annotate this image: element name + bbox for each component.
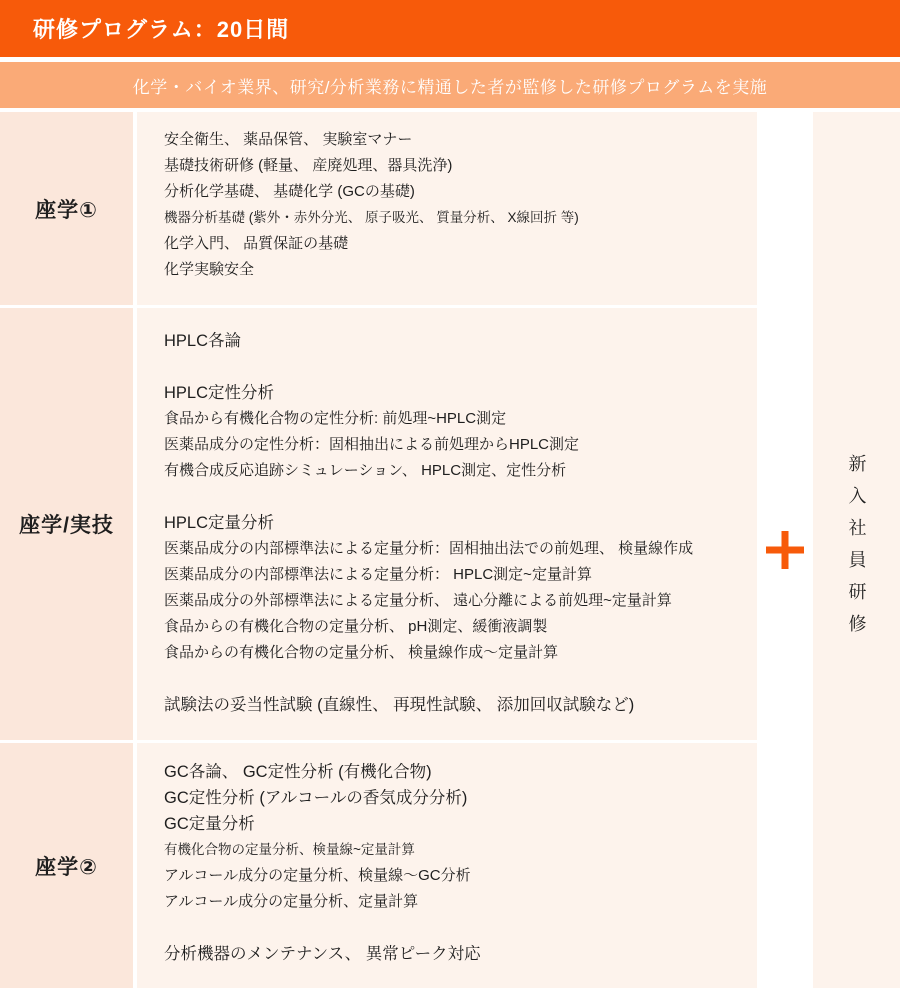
- plus-column: [757, 112, 813, 988]
- content-line: アルコール成分の定量分析、検量線〜GC分析: [164, 863, 747, 889]
- content-line: 食品から有機化合物の定性分析: 前処理~HPLC測定: [164, 406, 747, 432]
- plus-icon: [766, 531, 804, 569]
- content-line: 有機化合物の定量分析、検量線~定量計算: [164, 837, 747, 863]
- section-label-3: 座学②: [0, 743, 133, 988]
- content-line: 安全衛生、 薬品保管、 実験室マナー: [164, 127, 747, 153]
- section-label-2: 座学/実技: [0, 308, 133, 740]
- section-content-1: 安全衛生、 薬品保管、 実験室マナー基礎技術研修 (軽量、 産廃処理、器具洗浄)…: [137, 112, 757, 305]
- content-line: 分析機器のメンテナンス、 異常ピーク対応: [164, 941, 747, 967]
- section-content-3: GC各論、 GC定性分析 (有機化合物)GC定性分析 (アルコールの香気成分分析…: [137, 743, 757, 988]
- content-line: 医薬品成分の内部標準法による定量分析： HPLC測定~定量計算: [164, 562, 747, 588]
- content-line: 食品からの有機化合物の定量分析、 検量線作成〜定量計算: [164, 640, 747, 666]
- content-line: 分析化学基礎、 基礎化学 (GCの基礎): [164, 179, 747, 205]
- content-line: HPLC定量分析: [164, 510, 747, 536]
- content-line: 試験法の妥当性試験 (直線性、 再現性試験、 添加回収試験など): [164, 692, 747, 718]
- page-title: 研修プログラム：20日間: [33, 13, 289, 44]
- content-line: 医薬品成分の外部標準法による定量分析、 遠心分離による前処理~定量計算: [164, 588, 747, 614]
- content-line: GC各論、 GC定性分析 (有機化合物): [164, 759, 747, 785]
- content-line: 化学実験安全: [164, 257, 747, 283]
- content-line: [164, 666, 747, 692]
- section-labels-column: 座学①座学/実技座学②: [0, 112, 133, 988]
- content-line: HPLC各論: [164, 328, 747, 354]
- content-line: 医薬品成分の定性分析：固相抽出による前処理からHPLC測定: [164, 432, 747, 458]
- content-line: HPLC定性分析: [164, 380, 747, 406]
- page-header: 研修プログラム：20日間: [0, 0, 900, 57]
- content-line: アルコール成分の定量分析、定量計算: [164, 889, 747, 915]
- content-line: 有機合成反応追跡シミュレーション、 HPLC測定、定性分析: [164, 458, 747, 484]
- section-content-column: 安全衛生、 薬品保管、 実験室マナー基礎技術研修 (軽量、 産廃処理、器具洗浄)…: [137, 112, 757, 988]
- content-line: 医薬品成分の内部標準法による定量分析：固相抽出法での前処理、 検量線作成: [164, 536, 747, 562]
- training-program-slide: 研修プログラム：20日間 化学・バイオ業界、研究/分析業務に精通した者が監修した…: [0, 0, 900, 988]
- content-line: [164, 484, 747, 510]
- content-line: 機器分析基礎 (紫外・赤外分光、 原子吸光、 質量分析、 X線回折 等): [164, 205, 747, 231]
- side-column: 新入社員研修: [813, 112, 900, 988]
- section-content-2: HPLC各論 HPLC定性分析食品から有機化合物の定性分析: 前処理~HPLC測…: [137, 308, 757, 740]
- content-line: 化学入門、 品質保証の基礎: [164, 231, 747, 257]
- content-line: [164, 354, 747, 380]
- content-line: GC定性分析 (アルコールの香気成分分析): [164, 785, 747, 811]
- content-line: [164, 915, 747, 941]
- content-line: 食品からの有機化合物の定量分析、 pH測定、緩衝液調製: [164, 614, 747, 640]
- program-table: 座学①座学/実技座学② 安全衛生、 薬品保管、 実験室マナー基礎技術研修 (軽量…: [0, 112, 900, 988]
- content-line: 基礎技術研修 (軽量、 産廃処理、器具洗浄): [164, 153, 747, 179]
- content-line: GC定量分析: [164, 811, 747, 837]
- section-label-1: 座学①: [0, 112, 133, 305]
- vertical-label: 新入社員研修: [844, 454, 870, 646]
- subheader-banner: 化学・バイオ業界、研究/分析業務に精通した者が監修した研修プログラムを実施: [0, 62, 900, 108]
